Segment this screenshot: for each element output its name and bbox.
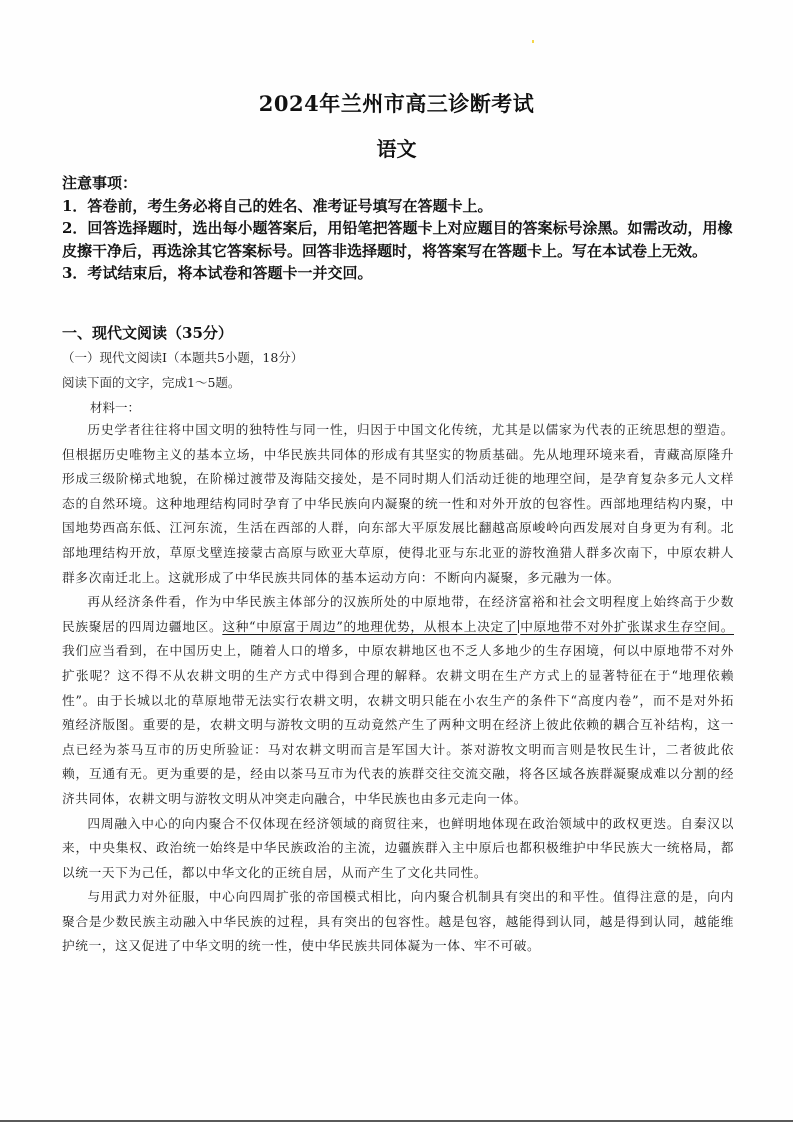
- note-item-3: 3．考试结束后，将本试卷和答题卡一并交回。: [62, 262, 734, 285]
- reading-instruction: 阅读下面的文字，完成1～5题。: [62, 373, 240, 391]
- paragraph-2: 再从经济条件看，作为中华民族主体部分的汉族所处的中原地带，在经济富裕和社会文明程…: [62, 590, 734, 811]
- stray-mark: [532, 40, 534, 43]
- note-item-1: 1．答卷前，考生务必将自己的姓名、准考证号填写在答题卡上。: [62, 195, 734, 218]
- material-label: 材料一：: [90, 398, 140, 416]
- subsection-heading: （一）现代文阅读Ⅰ（本题共5小题，18分）: [62, 348, 303, 366]
- paragraph-1: 历史学者往往将中国文明的独特性与同一性，归因于中国文化传统，尤其是以儒家为代表的…: [62, 418, 734, 590]
- subject-title: 语文: [0, 133, 793, 162]
- note-item-2: 2．回答选择题时，选出每小题答案后，用铅笔把答题卡上对应题目的答案标号涂黑。如需…: [62, 217, 734, 262]
- passage-body: 历史学者往往将中国文明的独特性与同一性，归因于中国文化传统，尤其是以儒家为代表的…: [62, 418, 734, 959]
- paragraph-4: 与用武力对外征服，中心向四周扩张的帝国模式相比，向内聚合机制具有突出的和平性。值…: [62, 885, 734, 959]
- underlined-sentence-b: 中原地带不对外扩张谋求生存空间。: [520, 619, 734, 634]
- exam-page: 2024年兰州市高三诊断考试 语文 注意事项： 1．答卷前，考生务必将自己的姓名…: [0, 0, 793, 1122]
- notes-block: 注意事项： 1．答卷前，考生务必将自己的姓名、准考证号填写在答题卡上。 2．回答…: [62, 172, 734, 285]
- section-heading: 一、现代文阅读（35分）: [62, 322, 233, 343]
- underlined-sentence-a: 这种“中原富于周边”的地理优势，从根本上决定了: [222, 619, 517, 634]
- paragraph-3: 四周融入中心的向内聚合不仅体现在经济领域的商贸往来，也鲜明地体现在政治领域中的政…: [62, 812, 734, 886]
- notes-heading: 注意事项：: [62, 172, 734, 195]
- paragraph-2-rest: 我们应当看到，在中国历史上，随着人口的增多，中原农耕地区也不乏人多地少的生存困境…: [62, 643, 734, 806]
- exam-title: 2024年兰州市高三诊断考试: [0, 88, 793, 118]
